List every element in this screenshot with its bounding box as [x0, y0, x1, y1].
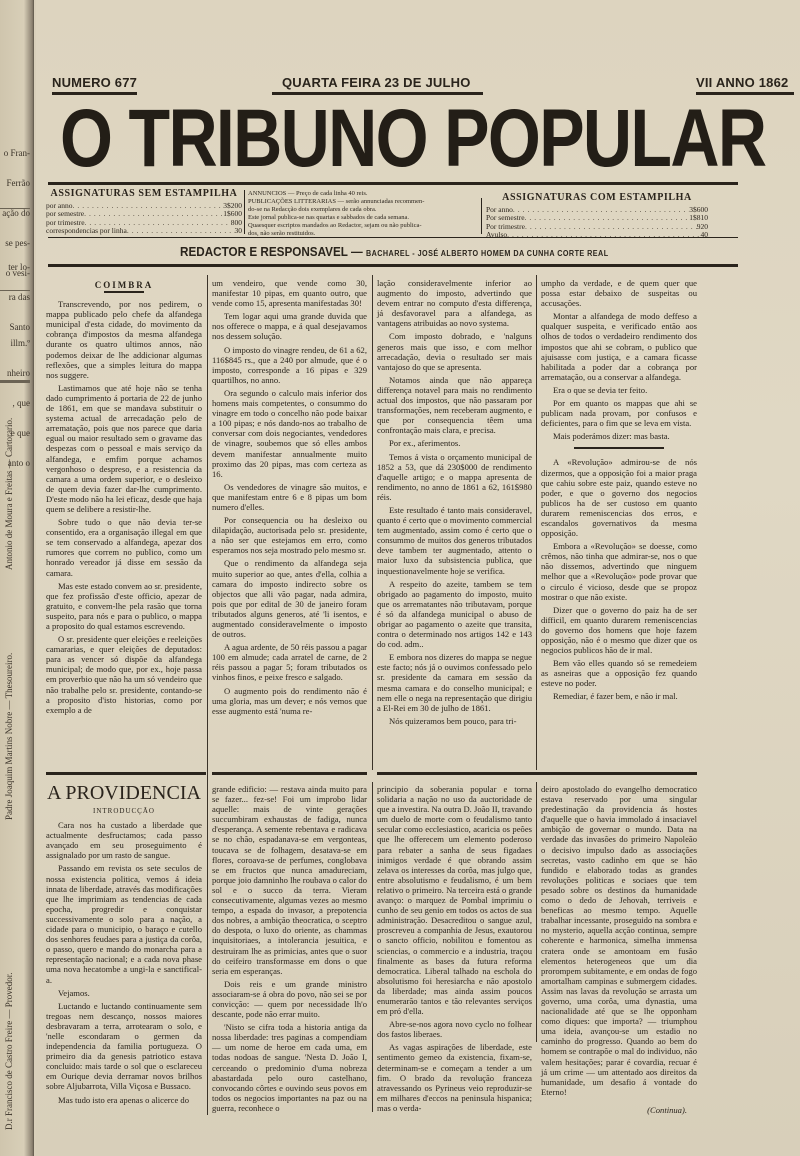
- section-heading: COIMBRA: [46, 280, 202, 290]
- margin-rule: [0, 380, 30, 383]
- header-bottom-rule: [48, 264, 738, 267]
- masthead-title: O TRIBUNO POPULAR: [60, 100, 591, 178]
- editor-line: REDACTOR E RESPONSAVEL — BACHAREL - JOSÉ…: [180, 244, 609, 259]
- article-coimbra-col2: um vendeiro, que vende como 30, manifest…: [212, 278, 367, 719]
- price-row: Por anno................................…: [486, 206, 708, 215]
- newspaper-page: NUMERO 677 QUARTA FEIRA 23 DE JULHO VII …: [36, 0, 800, 1156]
- margin-vertical-text: Padre Joaquim Martins Nobre — Thesoureir…: [4, 625, 14, 820]
- margin-vertical-text: Antonio de Moura e Freitas — Cartorario.: [4, 395, 14, 570]
- issue-year: VII ANNO 1862: [696, 75, 788, 90]
- price-row: Por semestre............................…: [486, 214, 708, 223]
- issue-date: QUARTA FEIRA 23 DE JULHO: [282, 75, 471, 90]
- subscriptions-with-stamp: ASSIGNATURAS COM ESTAMPILHA Por anno....…: [486, 194, 708, 240]
- price-row: por semestre............................…: [46, 210, 242, 219]
- article-coimbra-col4: umpho da verdade, e de quem quer que pos…: [541, 278, 697, 705]
- subscriptions-without-stamp: ASSIGNATURAS SEM ESTAMPILHA por anno....…: [46, 190, 242, 236]
- margin-vertical-text: D.r Francisco de Castro Freire — Provedo…: [4, 900, 14, 1130]
- article-providencia-col1: A PROVIDENCIA INTRODUCÇÃO Cara nos ha cu…: [46, 776, 202, 1108]
- price-row: Avulso..................................…: [486, 231, 708, 240]
- margin-rule: [0, 208, 30, 209]
- article-coimbra-col3: lação consideravelmente inferior ao augm…: [377, 278, 532, 729]
- divider-ornament: [574, 447, 664, 449]
- article-subtitle: INTRODUCÇÃO: [46, 806, 202, 816]
- article-providencia-col4: deiro apostolado do evangelho democratic…: [541, 784, 697, 1115]
- issue-number: NUMERO 677: [52, 75, 137, 90]
- continued-note: (Continua).: [541, 1105, 697, 1115]
- article-coimbra-col1: COIMBRA Transcrevendo, por nos pedirem, …: [46, 278, 202, 718]
- masthead-rule: [48, 182, 738, 185]
- margin-rule: [0, 290, 30, 291]
- article-title: A PROVIDENCIA: [46, 782, 202, 804]
- announcements-box: ANNUNCIOS — Preço de cada linha 40 reis.…: [248, 190, 478, 238]
- price-row: Por trimestre...........................…: [486, 223, 708, 232]
- price-row: por anno................................…: [46, 202, 242, 211]
- adjacent-page-margin: o Fran- Ferrão ação do se pes- o vesi- t…: [0, 0, 34, 1156]
- article-providencia-col3: principio da soberania popular e torna s…: [377, 784, 532, 1116]
- article-providencia-col2: grande edificio: — restava ainda muito p…: [212, 784, 367, 1116]
- price-row: correspondencias por linha..............…: [46, 227, 242, 236]
- price-row: por trimestre...........................…: [46, 219, 242, 228]
